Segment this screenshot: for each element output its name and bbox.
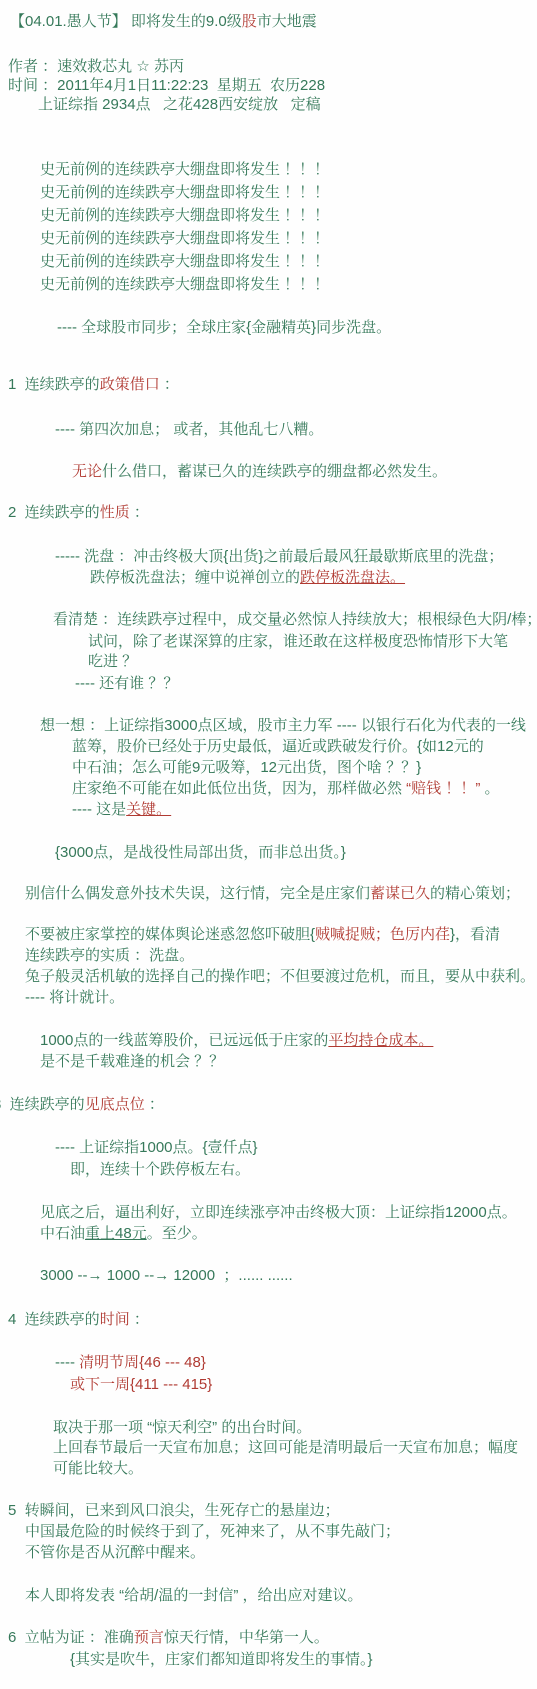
text-run: 别信什么偶发意外技术失误，这行情，完全是庄家们	[25, 885, 370, 902]
text-run: 5 转瞬间，已来到风口浪尖，生死存亡的悬崖边；	[8, 1502, 340, 1519]
text-run: ---- 全球股市同步；全球庄家{金融精英}同步洗盘。	[57, 319, 391, 336]
text-run: }，看清	[450, 926, 500, 943]
text-line: 是不是千载难逢的机会 ？？	[40, 1052, 224, 1071]
section-5-heading: 5 转瞬间，已来到风口浪尖，生死存亡的悬崖边；	[8, 1501, 340, 1520]
post-page: 【04.01.愚人节】 即将发生的9.0级股市大地震作者 ：速效救芯丸 ☆ 苏丙…	[0, 0, 537, 1689]
text-line: 吃进 ？	[88, 652, 137, 671]
text-run: 蓝筹，股价已经处于历史最低，逼近或跌破发行价。{如12元的	[72, 738, 484, 755]
text-run: 平均持仓成本。	[328, 1032, 433, 1049]
text-run: 预言	[134, 1629, 164, 1646]
text-line: 即，连续十个跌停板左右。	[70, 1160, 250, 1179]
text-run: 连续跌亭的实质 ：洗盘。	[25, 947, 194, 964]
text-line: 或下一周{411 --- 415}	[70, 1375, 212, 1394]
section-4-heading: 4 连续跌亭的时间 ：	[8, 1310, 149, 1329]
text-run: 【04.01.愚人节】 即将发生的9.0级	[10, 13, 242, 30]
text-run: 史无前例的连续跌亭大绷盘即将发生 ！！！	[40, 230, 329, 247]
text-run: 中石油	[40, 1225, 85, 1242]
text-run: 不要被庄家掌控的媒体舆论迷惑忽悠吓破胆{	[25, 926, 315, 943]
text-run: 吃进 ？	[88, 653, 137, 670]
text-run: 上回春节最后一天宣布加息；这回可能是清明最后一天宣布加息；幅度	[53, 1439, 518, 1456]
text-run: 性质	[100, 504, 130, 521]
text-run: 取决于那一项 “惊天利空” 的出台时间。	[53, 1419, 311, 1436]
text-run: 清明节周{46 --- 48}	[79, 1354, 206, 1371]
text-run: 看清楚 ：连续跌亭过程中，成交量必然惊人持续放大；根根绿色大阴/棒；	[53, 611, 537, 628]
text-line: ---- 这是关键。	[72, 800, 171, 819]
text-run: ---- 将计就计。	[25, 989, 124, 1006]
text-run: 史无前例的连续跌亭大绷盘即将发生 ！！！	[40, 276, 329, 293]
text-run: 兔子般灵活机敏的选择自己的操作吧；不但要渡过危机，而且，要从中获利。	[25, 968, 535, 985]
repeat-line-2: 史无前例的连续跌亭大绷盘即将发生 ！！！	[40, 183, 329, 202]
author-line: 作者 ：速效救芯丸 ☆ 苏丙	[8, 57, 184, 76]
text-line: 中石油；怎么可能9元吸筹，12元出货，图个啥 ？？}	[72, 758, 421, 777]
text-run: 的精心策划；	[430, 885, 520, 902]
text-line: 跌停板洗盘法；缠中说禅创立的跌停板洗盘法。	[90, 568, 405, 587]
text-run: 史无前例的连续跌亭大绷盘即将发生 ！！！	[40, 161, 329, 178]
text-run: 上证综指 2934点 之花428西安绽放 定稿	[38, 96, 321, 113]
section-3-heading: 3 连续跌亭的见底点位 ：	[0, 1095, 164, 1114]
index-line: 上证综指 2934点 之花428西安绽放 定稿	[38, 95, 321, 114]
text-run: ---- 第四次加息； 或者，其他乱七八糟。	[55, 421, 323, 438]
text-run: 无论	[72, 463, 102, 480]
text-run: 重上48元	[85, 1225, 147, 1242]
text-run: 时间 ：2011年4月1日11:22:23 星期五 农历228	[8, 77, 325, 94]
text-line: ---- 清明节周{46 --- 48}	[55, 1353, 206, 1372]
text-run: 蓄谋已久	[370, 885, 430, 902]
text-run: 见底之后，逼出利好，立即连续涨亭冲击终极大顶：上证综指12000点。	[40, 1204, 517, 1221]
repeat-line-3: 史无前例的连续跌亭大绷盘即将发生 ！！！	[40, 206, 329, 225]
repeat-line-4: 史无前例的连续跌亭大绷盘即将发生 ！！！	[40, 229, 329, 248]
text-run: {3000点，是战役性局部出货，而非总出货。}	[55, 844, 346, 861]
section-2-heading: 2 连续跌亭的性质 ：	[8, 503, 149, 522]
text-run: 6 立帖为证 ：准确	[8, 1629, 134, 1646]
text-line: 不管你是否从沉醉中醒来。	[25, 1543, 205, 1562]
text-run: 2 连续跌亭的	[8, 504, 100, 521]
text-line: 兔子般灵活机敏的选择自己的操作吧；不但要渡过危机，而且，要从中获利。	[25, 967, 535, 986]
text-run: 。至少。	[147, 1225, 207, 1242]
text-run: “赔钱 ！！”	[406, 780, 480, 797]
repeat-line-5: 史无前例的连续跌亭大绷盘即将发生 ！！！	[40, 252, 329, 271]
text-run: {其实是吹牛，庄家们都知道即将发生的事情。}	[70, 1651, 373, 1668]
text-line: ---- 还有谁 ？？	[75, 674, 178, 693]
text-run: ---- 这是	[72, 801, 126, 818]
text-run: 作者 ：速效救芯丸 ☆ 苏丙	[8, 58, 184, 75]
text-run: 本人即将发表 “给胡/温的一封信” ，给出应对建议。	[25, 1587, 363, 1604]
text-run: 关键。	[126, 801, 171, 818]
text-run: 想一想 ：上证综指3000点区域，股市主力军 ---- 以银行石化为代表的一线	[40, 717, 526, 734]
text-run: 跌停板洗盘法；缠中说禅创立的	[90, 569, 300, 586]
text-run: ：	[130, 504, 149, 521]
text-line: ---- 将计就计。	[25, 988, 124, 1007]
text-run: 3000 --→ 1000 --→ 12000 ；...... ......	[40, 1267, 293, 1284]
post-title: 【04.01.愚人节】 即将发生的9.0级股市大地震	[10, 12, 317, 31]
text-line: 见底之后，逼出利好，立即连续涨亭冲击终极大顶：上证综指12000点。	[40, 1203, 517, 1222]
text-run: 市大地震	[257, 13, 317, 30]
section-6-heading: 6 立帖为证 ：准确预言惊天行情，中华第一人。	[8, 1628, 329, 1647]
text-line: ----- 洗盘 ：冲击终极大顶{出货}之前最后最风狂最歇斯底里的洗盘；	[55, 547, 503, 566]
text-run: 时间	[100, 1311, 130, 1328]
text-run: 什么借口，蓄谋已久的连续跌亭的绷盘都必然发生。	[102, 463, 447, 480]
text-run: 史无前例的连续跌亭大绷盘即将发生 ！！！	[40, 207, 329, 224]
text-run: 政策借口	[100, 376, 160, 393]
text-run: 跌停板洗盘法。	[300, 569, 405, 586]
text-line: 中国最危险的时候终于到了，死神来了，从不事先敲门；	[25, 1522, 400, 1541]
text-run: 中国最危险的时候终于到了，死神来了，从不事先敲门；	[25, 1523, 400, 1540]
text-run: ：	[160, 376, 179, 393]
global-line: ---- 全球股市同步；全球庄家{金融精英}同步洗盘。	[57, 318, 391, 337]
text-line: 3000 --→ 1000 --→ 12000 ；...... ......	[40, 1266, 293, 1285]
text-line: ---- 上证综指1000点。{壹仟点}	[55, 1138, 258, 1157]
text-run: 可能比较大。	[53, 1460, 143, 1477]
text-run: 1000点的一线蓝筹股价，已远远低于庄家的	[40, 1032, 328, 1049]
text-line: 无论什么借口，蓄谋已久的连续跌亭的绷盘都必然发生。	[72, 462, 447, 481]
text-run: ：	[130, 1311, 149, 1328]
text-line: 1000点的一线蓝筹股价，已远远低于庄家的平均持仓成本。	[40, 1031, 433, 1050]
text-line: 试问，除了老谋深算的庄家，谁还敢在这样极度恐怖情形下大笔	[88, 632, 508, 651]
text-run: 史无前例的连续跌亭大绷盘即将发生 ！！！	[40, 253, 329, 270]
text-run: 中石油；怎么可能9元吸筹，12元出货，图个啥 ？？}	[72, 759, 421, 776]
text-line: 看清楚 ：连续跌亭过程中，成交量必然惊人持续放大；根根绿色大阴/棒；	[53, 610, 537, 629]
section-1-heading: 1 连续跌亭的政策借口 ：	[8, 375, 179, 394]
text-run: 见底点位	[85, 1096, 145, 1113]
text-run: 或下一周{411 --- 415}	[70, 1376, 212, 1393]
text-line: 中石油重上48元。至少。	[40, 1224, 207, 1243]
text-line: ---- 第四次加息； 或者，其他乱七八糟。	[55, 420, 323, 439]
text-line: 不要被庄家掌控的媒体舆论迷惑忽悠吓破胆{贼喊捉贼；色厉内荏}，看清	[25, 925, 500, 944]
text-line: 庄家绝不可能在如此低位出货，因为，那样做必然 “赔钱 ！！” 。	[72, 779, 500, 798]
text-run: 4 连续跌亭的	[8, 1311, 100, 1328]
text-run: 。	[480, 780, 499, 797]
text-line: 本人即将发表 “给胡/温的一封信” ，给出应对建议。	[25, 1586, 363, 1605]
text-line: 可能比较大。	[53, 1459, 143, 1478]
text-run: ---- 还有谁 ？？	[75, 675, 178, 692]
text-run: 股	[242, 13, 257, 30]
text-line: {其实是吹牛，庄家们都知道即将发生的事情。}	[70, 1650, 373, 1669]
text-run: 庄家绝不可能在如此低位出货，因为，那样做必然	[72, 780, 406, 797]
text-run: ----	[55, 1354, 79, 1371]
text-run: ----- 洗盘 ：冲击终极大顶{出货}之前最后最风狂最歇斯底里的洗盘；	[55, 548, 503, 565]
text-run: ---- 上证综指1000点。{壹仟点}	[55, 1139, 258, 1156]
repeat-line-6: 史无前例的连续跌亭大绷盘即将发生 ！！！	[40, 275, 329, 294]
repeat-line-1: 史无前例的连续跌亭大绷盘即将发生 ！！！	[40, 160, 329, 179]
text-run: 试问，除了老谋深算的庄家，谁还敢在这样极度恐怖情形下大笔	[88, 633, 508, 650]
text-run: 不管你是否从沉醉中醒来。	[25, 1544, 205, 1561]
text-run: 是不是千载难逢的机会 ？？	[40, 1053, 224, 1070]
text-run: 惊天行情，中华第一人。	[164, 1629, 329, 1646]
time-line: 时间 ：2011年4月1日11:22:23 星期五 农历228	[8, 76, 325, 95]
text-run: ：	[145, 1096, 164, 1113]
text-run: 即，连续十个跌停板左右。	[70, 1161, 250, 1178]
text-line: 想一想 ：上证综指3000点区域，股市主力军 ---- 以银行石化为代表的一线	[40, 716, 526, 735]
text-run: 1 连续跌亭的	[8, 376, 100, 393]
text-line: 连续跌亭的实质 ：洗盘。	[25, 946, 194, 965]
text-line: 上回春节最后一天宣布加息；这回可能是清明最后一天宣布加息；幅度	[53, 1438, 518, 1457]
text-line: 蓝筹，股价已经处于历史最低，逼近或跌破发行价。{如12元的	[72, 737, 484, 756]
text-run: 3 连续跌亭的	[0, 1096, 85, 1113]
text-run: 史无前例的连续跌亭大绷盘即将发生 ！！！	[40, 184, 329, 201]
text-line: 取决于那一项 “惊天利空” 的出台时间。	[53, 1418, 311, 1437]
text-run: 贼喊捉贼；色厉内荏	[315, 926, 450, 943]
text-line: 别信什么偶发意外技术失误，这行情，完全是庄家们蓄谋已久的精心策划；	[25, 884, 520, 903]
text-line: {3000点，是战役性局部出货，而非总出货。}	[55, 843, 346, 862]
